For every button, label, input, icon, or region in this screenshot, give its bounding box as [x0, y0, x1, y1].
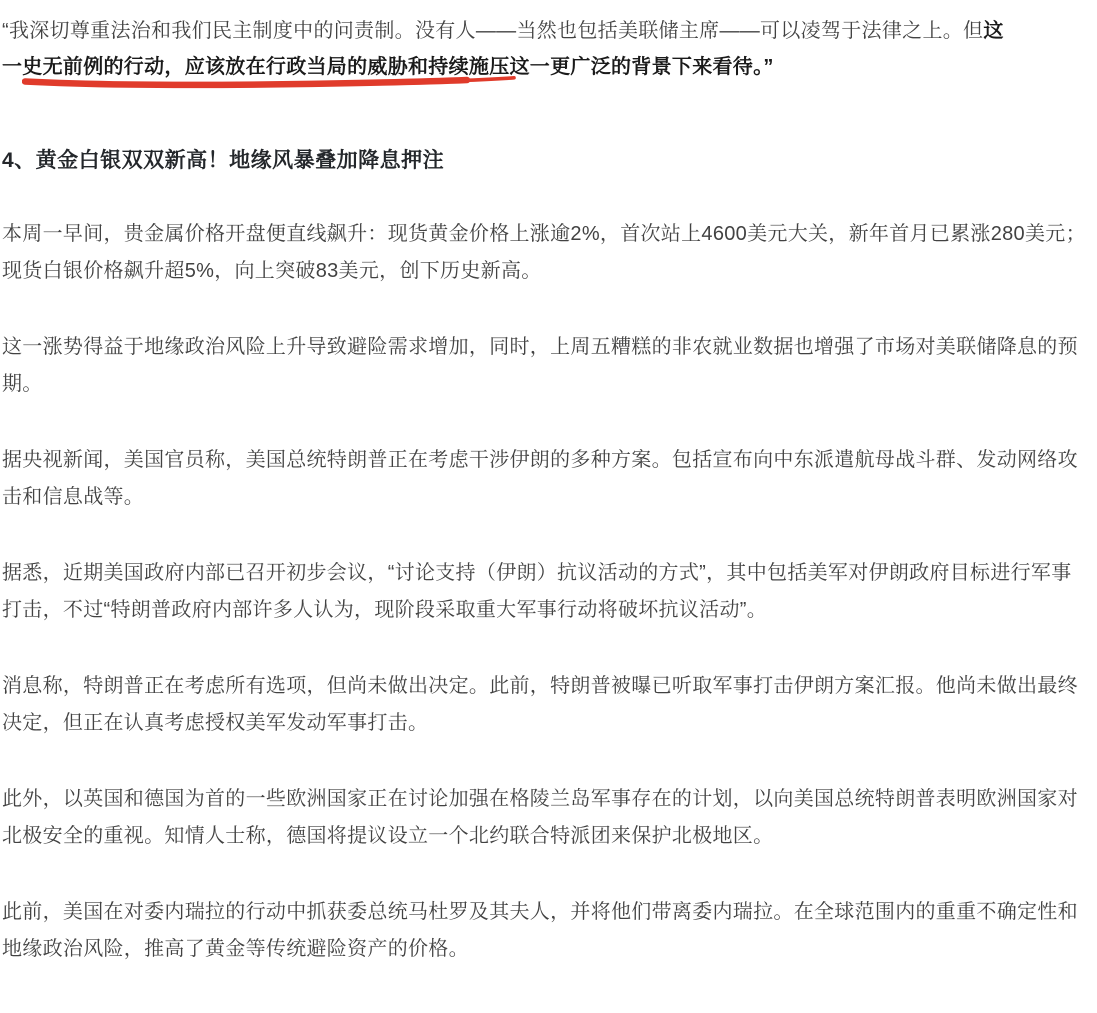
quote-bold-start: 这 — [983, 20, 1003, 42]
quote-paragraph: “我深切尊重法治和我们民主制度中的问责制。没有人——当然也包括美联储主席——可以… — [2, 13, 1088, 85]
article-paragraph-3: 据央视新闻，美国官员称，美国总统特朗普正在考虑干涉伊朗的多种方案。包括宣布向中东… — [2, 442, 1088, 516]
section-heading: 4、黄金白银双双新高！地缘风暴叠加降息押注 — [2, 145, 1088, 177]
quote-bold-text: 一史无前例的行动，应该放在行政当局的威胁和持续施压这一更广泛的背景下来看待。” — [2, 56, 774, 78]
article-paragraph-4: 据悉，近期美国政府内部已召开初步会议，“讨论支持（伊朗）抗议活动的方式”，其中包… — [2, 555, 1088, 629]
quote-line-1: “我深切尊重法治和我们民主制度中的问责制。没有人——当然也包括美联储主席——可以… — [2, 13, 1088, 49]
article-paragraph-2: 这一涨势得益于地缘政治风险上升导致避险需求增加，同时，上周五糟糕的非农就业数据也… — [2, 329, 1088, 403]
article-body: “我深切尊重法治和我们民主制度中的问责制。没有人——当然也包括美联储主席——可以… — [0, 0, 1097, 968]
quote-line-2: 一史无前例的行动，应该放在行政当局的威胁和持续施压这一更广泛的背景下来看待。” — [2, 49, 1088, 85]
article-paragraph-6: 此外，以英国和德国为首的一些欧洲国家正在讨论加强在格陵兰岛军事存在的计划，以向美… — [2, 781, 1088, 855]
article-paragraph-5: 消息称，特朗普正在考虑所有选项，但尚未做出决定。此前，特朗普被曝已听取军事打击伊… — [2, 668, 1088, 742]
quote-normal-text: “我深切尊重法治和我们民主制度中的问责制。没有人——当然也包括美联储主席——可以… — [2, 20, 983, 42]
article-paragraph-1: 本周一早间，贵金属价格开盘便直线飙升：现货黄金价格上涨逾2%，首次站上4600美… — [2, 216, 1088, 290]
article-paragraph-7: 此前，美国在对委内瑞拉的行动中抓获委总统马杜罗及其夫人，并将他们带离委内瑞拉。在… — [2, 894, 1088, 968]
